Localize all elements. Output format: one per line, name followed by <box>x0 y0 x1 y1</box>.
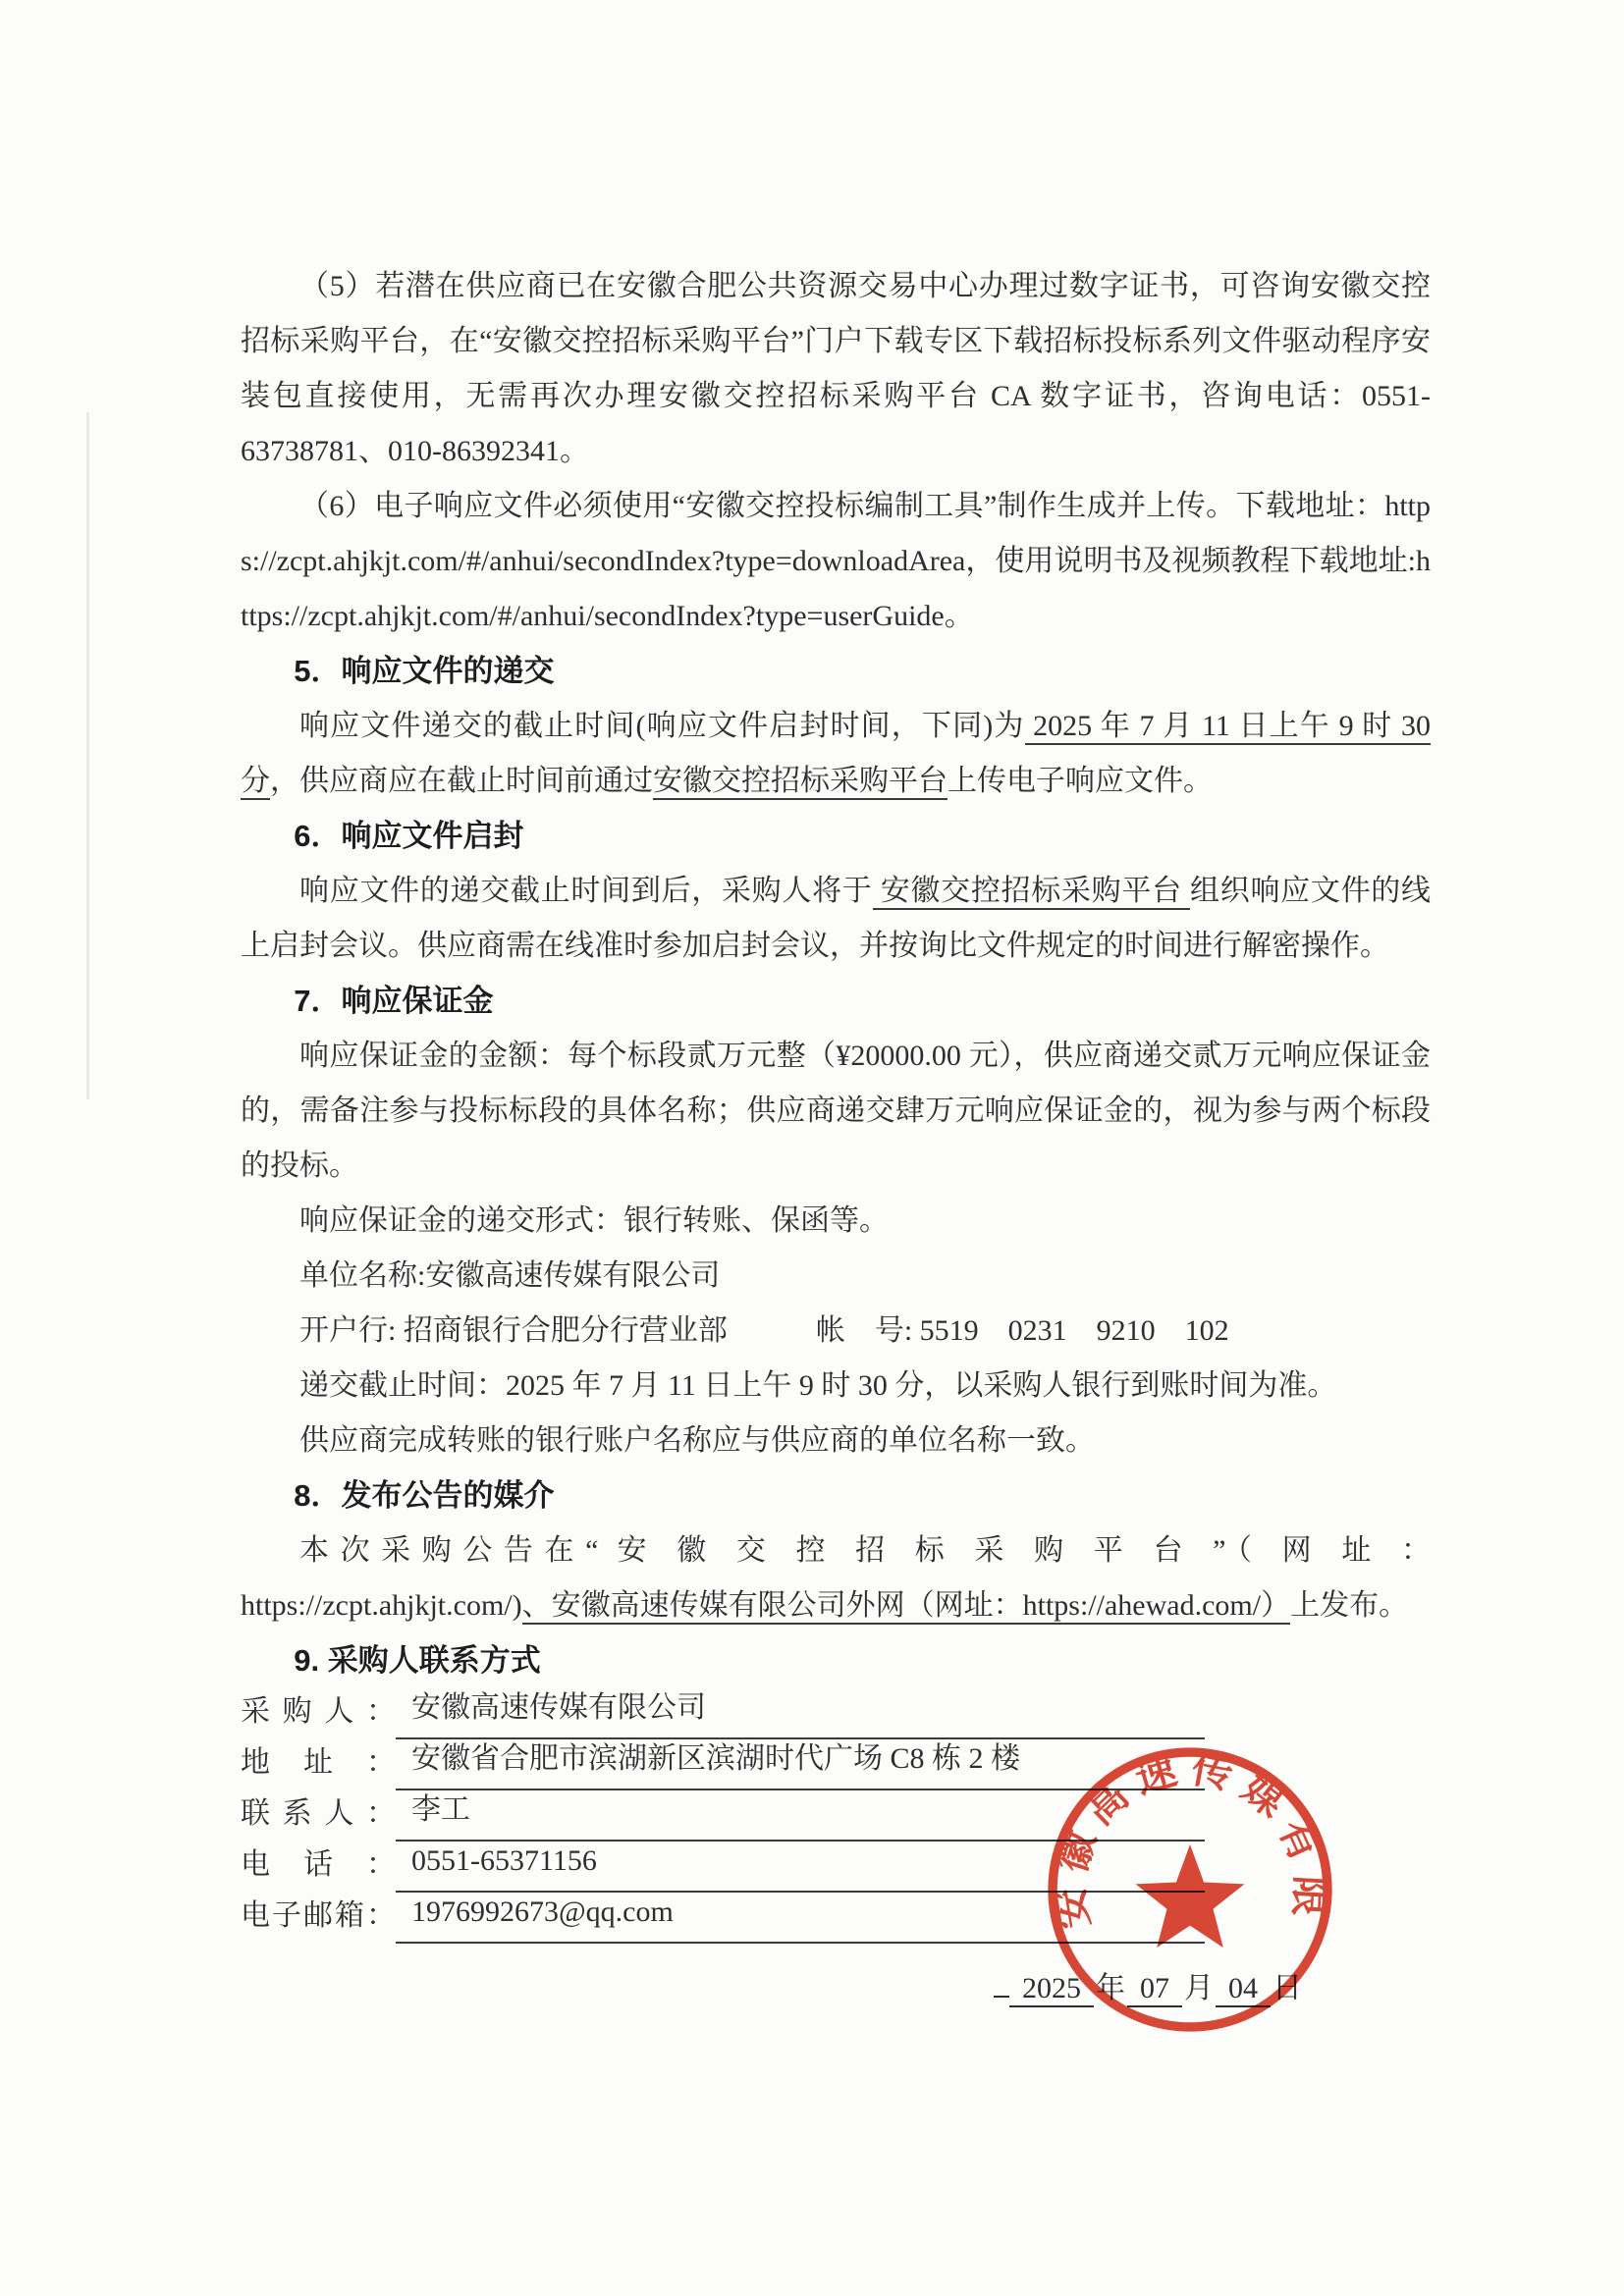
opening-paragraph: 响应文件的递交截止时间到后，采购人将于 安徽交控招标采购平台 组织响应文件的线上… <box>241 864 1431 974</box>
company-seal: 安徽高速传媒有限公司 <box>1038 1737 1342 2042</box>
deposit-transfer-note-line: 供应商完成转账的银行账户名称应与供应商的单位名称一致。 <box>241 1414 1431 1468</box>
underlined-platform-name: 安徽交控招标采购平台 <box>653 765 947 800</box>
text-segment: 上传电子响应文件。 <box>947 765 1213 797</box>
text-segment: 上发布。 <box>1290 1589 1408 1622</box>
company-seal-graphic: 安徽高速传媒有限公司 <box>1038 1737 1342 2042</box>
contact-label: 电子邮箱： <box>241 1889 396 1944</box>
text-segment: https://zcpt.ahjkjt.com/) <box>241 1589 522 1622</box>
deposit-amount-paragraph: 响应保证金的金额：每个标段贰万元整（¥20000.00 元），供应商递交贰万元响… <box>241 1029 1431 1194</box>
date-underline-lead <box>994 1996 1009 1998</box>
scan-artifact-line <box>86 412 89 1099</box>
deposit-form-paragraph: 响应保证金的递交形式：银行转账、保函等。 <box>241 1194 1431 1249</box>
paragraph-6-bid-tool: （6）电子响应文件必须使用“安徽交控投标编制工具”制作生成并上传。下载地址：ht… <box>241 479 1431 644</box>
deposit-company-name-line: 单位名称:安徽高速传媒有限公司 <box>241 1249 1431 1304</box>
seal-star-icon <box>1136 1844 1245 1948</box>
underlined-platform-name: 安徽交控招标采购平台 <box>873 875 1191 910</box>
deposit-deadline-line: 递交截止时间：2025 年 7 月 11 日上午 9 时 30 分，以采购人银行… <box>241 1359 1431 1414</box>
heading-response-deposit: 7．响应保证金 <box>241 974 1431 1029</box>
text-segment: ，供应商应在截止时间前通过 <box>270 765 653 797</box>
document-page: （5）若潜在供应商已在安徽合肥公共资源交易中心办理过数字证书，可咨询安徽交控招标… <box>0 0 1624 2296</box>
announcement-media-line1: 本次采购公告在“ 安 徽 交 控 招 标 采 购 平 台 ”（ 网 址 ： <box>241 1523 1431 1578</box>
document-body: （5）若潜在供应商已在安徽合肥公共资源交易中心办理过数字证书，可咨询安徽交控招标… <box>241 259 1431 1944</box>
heading-announcement-media: 8．发布公告的媒介 <box>241 1468 1431 1523</box>
contact-label: 地址： <box>241 1735 396 1790</box>
deposit-bank-account-line: 开户行: 招商银行合肥分行营业部 帐 号: 5519 0231 9210 102 <box>241 1304 1431 1359</box>
paragraph-5-ca-certificate: （5）若潜在供应商已在安徽合肥公共资源交易中心办理过数字证书，可咨询安徽交控招标… <box>241 259 1431 479</box>
heading-response-file-submission: 5．响应文件的递交 <box>241 644 1431 699</box>
announcement-media-line2: https://zcpt.ahjkjt.com/)、安徽高速传媒有限公司外网（网… <box>241 1578 1431 1633</box>
heading-response-file-opening: 6．响应文件启封 <box>241 809 1431 864</box>
purchaser-value: 安徽高速传媒有限公司 <box>396 1681 1205 1739</box>
contact-label: 联系人： <box>241 1787 396 1842</box>
contact-label: 电话： <box>241 1838 396 1893</box>
text-segment: 响应文件递交的截止时间(响应文件启封时间，下同)为 <box>299 710 1025 742</box>
text-segment: 响应文件的递交截止时间到后，采购人将于 <box>299 875 873 907</box>
underlined-external-site: 、安徽高速传媒有限公司外网（网址：https://ahewad.com/） <box>522 1589 1290 1625</box>
contact-label: 采购人： <box>241 1684 396 1739</box>
submission-paragraph: 响应文件递交的截止时间(响应文件启封时间，下同)为 2025 年 7 月 11 … <box>241 699 1431 809</box>
